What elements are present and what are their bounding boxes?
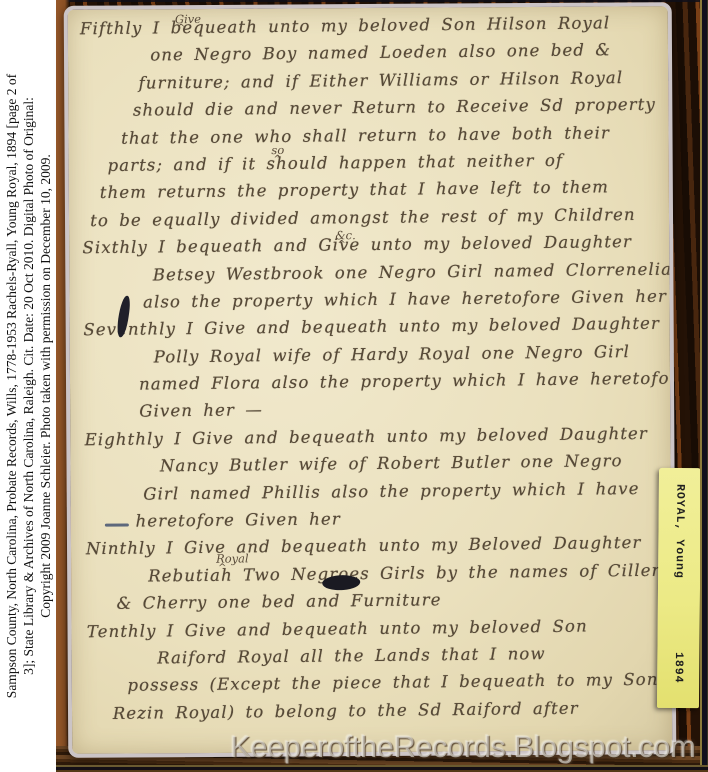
folder-tab-year: 1894	[672, 652, 685, 684]
citation-sidebar: Sampson County, North Carolina, Probate …	[0, 0, 56, 772]
ink-mark	[105, 523, 129, 526]
document-photo: Fifthly I bequeath unto my beloved Son H…	[56, 0, 708, 772]
citation-line-3: Copyright 2009 Joanne Schleier. Photo ta…	[38, 0, 56, 772]
photo-edge-bottom	[56, 765, 708, 772]
photo-edge-right	[700, 0, 708, 772]
citation-line-1: Sampson County, North Carolina, Probate …	[4, 0, 22, 772]
folder-tab: ROYAL, Young 1894	[657, 468, 701, 708]
watermark-text: KeeperoftheRecords.Blogspot.com	[230, 729, 695, 765]
will-page: Fifthly I bequeath unto my beloved Son H…	[64, 2, 677, 758]
handwriting-block: Fifthly I bequeath unto my beloved Son H…	[80, 13, 662, 747]
folder-tab-name: ROYAL, Young	[673, 484, 687, 579]
screenshot-root: Sampson County, North Carolina, Probate …	[0, 0, 708, 772]
citation-line-2: 3]; State Library & Archives of North Ca…	[21, 0, 39, 772]
handwriting-line: Rezin Royal) to belong to the Sd Raiford…	[113, 697, 662, 731]
